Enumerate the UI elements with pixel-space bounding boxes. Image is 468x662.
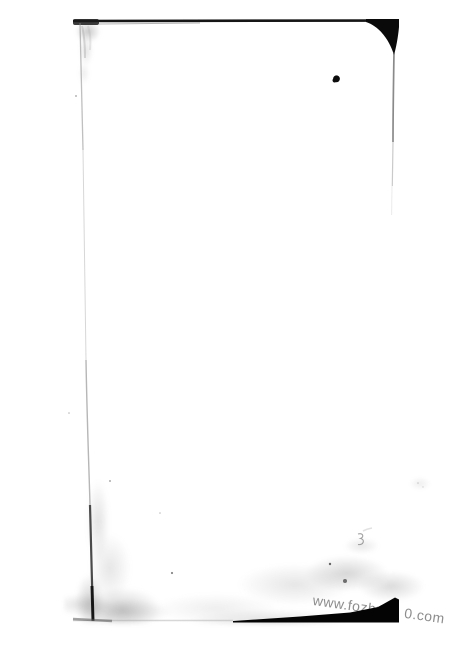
bottom-left-smudge (68, 438, 188, 624)
ink-dot (333, 75, 340, 82)
top-left-smudge (70, 22, 110, 86)
top-edge-line (73, 19, 398, 25)
watermark-hidden-gap (392, 616, 404, 618)
watermark-prefix: www.fozhua (312, 592, 394, 619)
corner-fold-mark (366, 19, 399, 215)
watermark: www.fozhua0.com (312, 592, 446, 626)
watermark-suffix: 0.com (403, 605, 445, 626)
right-edge-smudge (398, 470, 442, 504)
scanned-page: www.fozhua0.com (0, 0, 468, 662)
left-crease-line (80, 23, 93, 621)
specks (68, 95, 424, 583)
scan-artifacts (0, 0, 468, 662)
